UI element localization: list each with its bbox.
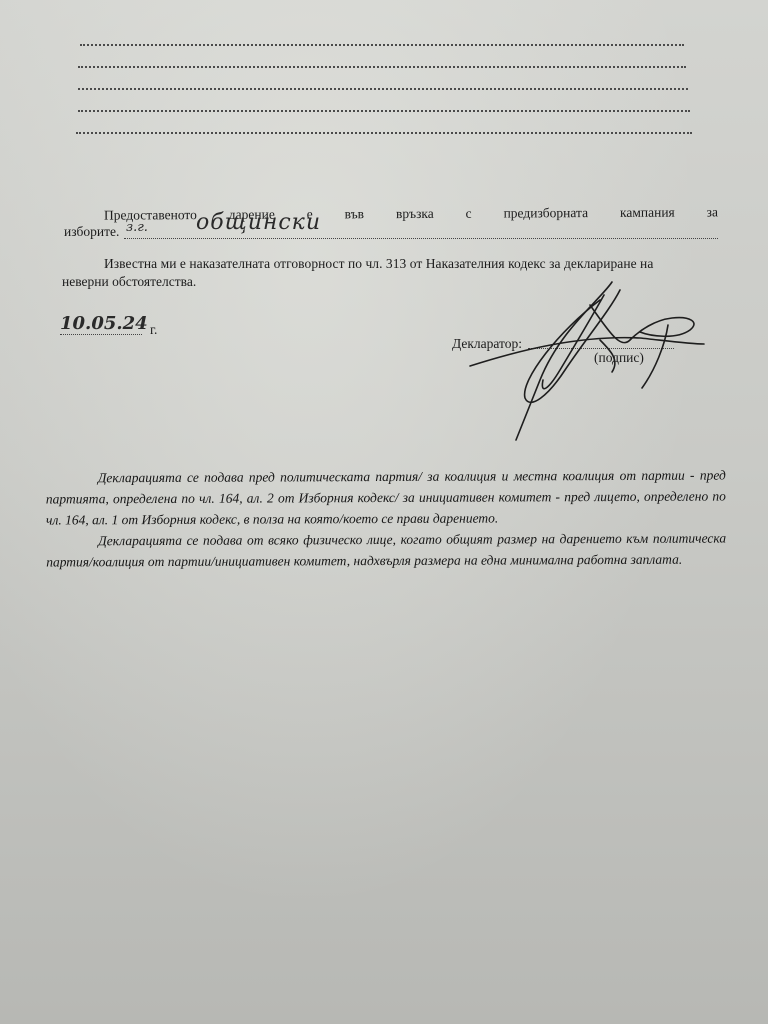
document-page: Предоставеното дарение е във връзка с пр… [0,0,768,1024]
donation-word: с [466,206,472,222]
donation-word: за [707,204,718,220]
note-paragraph-2: Декларацията се подава от всяко физическ… [46,528,726,573]
donation-word: във [345,206,364,222]
note-paragraph-1: Декларацията се подава пред политическат… [46,465,726,531]
blank-line-2 [78,66,686,68]
blank-line-4 [78,110,690,112]
handwritten-elections-type: общински [196,210,321,235]
elections-fill-line [124,238,718,239]
donation-word: връзка [396,206,434,222]
signature-caption: (подпис) [594,350,644,366]
blank-line-5 [76,132,692,134]
declarant-label: Декларатор: [452,336,522,352]
liability-paragraph-line2: неверни обстоятелства. [62,274,196,290]
donation-word: Предоставеното [104,207,197,223]
signature-fill-line [528,348,674,349]
donation-word: кампания [620,205,675,221]
elections-label: изборите. [64,224,119,239]
liability-paragraph-line1: Известна ми е наказателната отговорност … [104,256,653,272]
blank-line-1 [80,44,684,46]
blank-line-3 [78,88,688,90]
notes-block: Декларацията се подава пред политическат… [46,465,726,573]
handwritten-elections-prefix: з.г. [126,220,148,235]
donation-word: предизборната [504,205,589,221]
date-fill-line [60,334,142,335]
donation-paragraph-line2: изборите. [64,224,119,240]
date-suffix: г. [150,322,157,338]
handwritten-date: 10.05.24 [60,313,148,334]
